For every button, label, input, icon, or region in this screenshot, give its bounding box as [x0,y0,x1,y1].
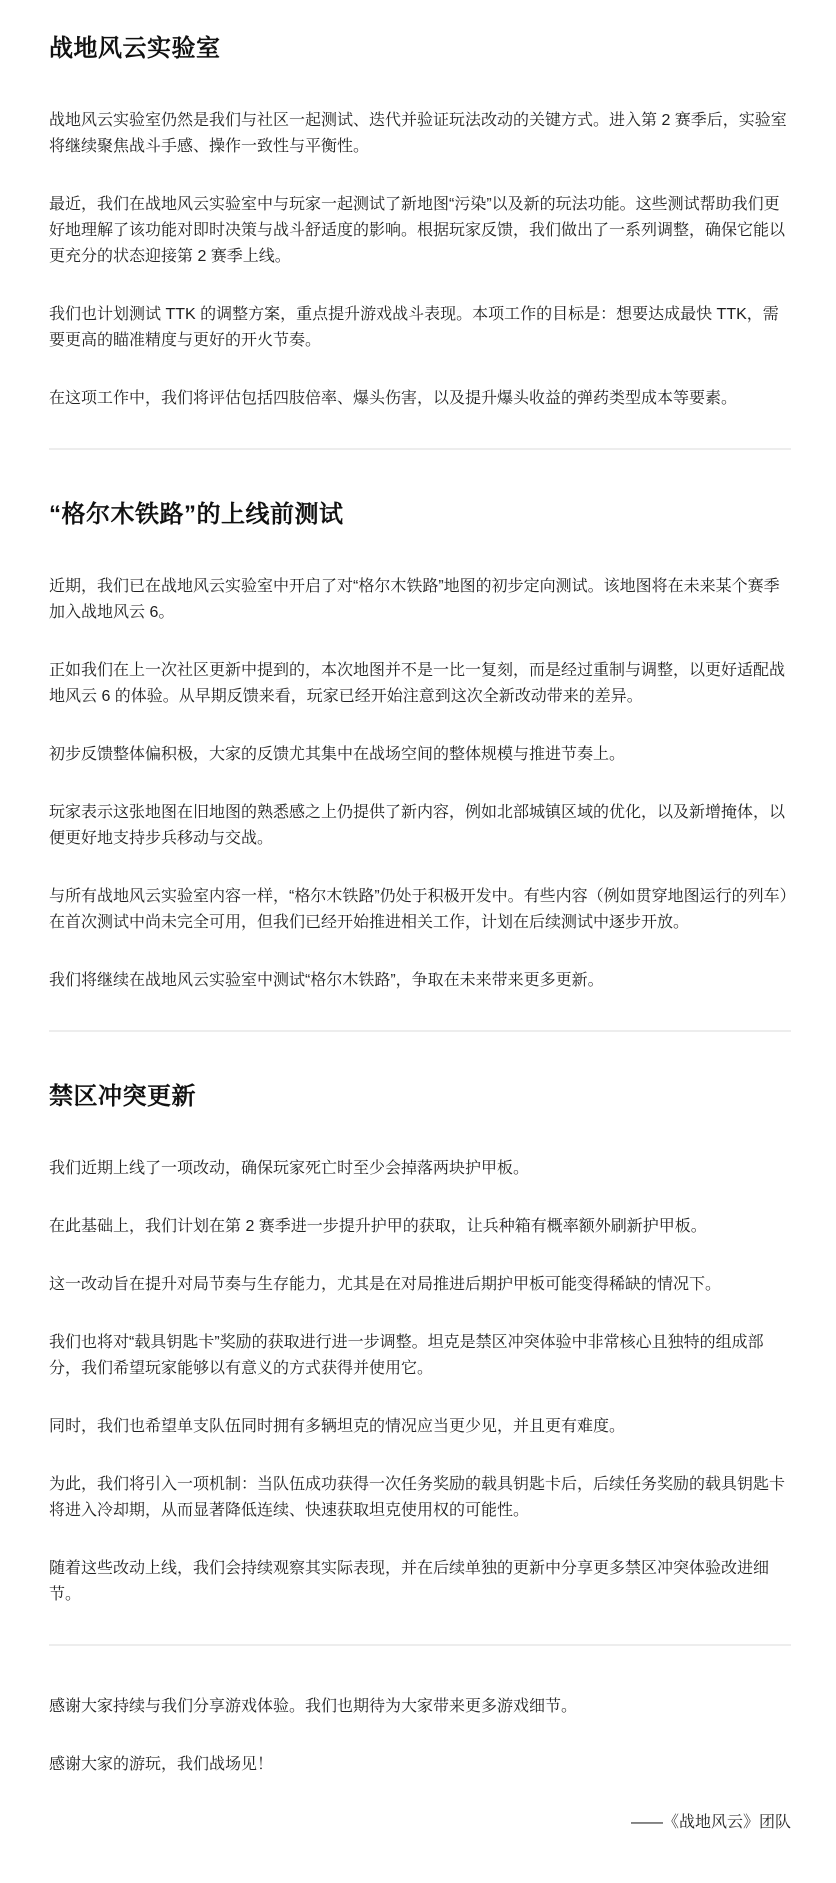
body-paragraph: 在这项工作中，我们将评估包括四肢倍率、爆头伤害，以及提升爆头收益的弹药类型成本等… [49,386,791,412]
body-paragraph: 初步反馈整体偏积极，大家的反馈尤其集中在战场空间的整体规模与推进节奏上。 [49,742,791,768]
body-paragraph: 这一改动旨在提升对局节奏与生存能力，尤其是在对局推进后期护甲板可能变得稀缺的情况… [49,1272,791,1298]
body-paragraph: 正如我们在上一次社区更新中提到的，本次地图并不是一比一复刻，而是经过重制与调整，… [49,658,791,710]
section-divider [49,1644,791,1646]
section-heading: 禁区冲突更新 [49,1080,791,1114]
body-paragraph: 战地风云实验室仍然是我们与社区一起测试、迭代并验证玩法改动的关键方式。进入第 2… [49,108,791,160]
section-closing: 感谢大家持续与我们分享游戏体验。我们也期待为大家带来更多游戏细节。 感谢大家的游… [49,1694,791,1836]
body-paragraph: 为此，我们将引入一项机制：当队伍成功获得一次任务奖励的载具钥匙卡后，后续任务奖励… [49,1472,791,1524]
section-battlefield-labs: 战地风云实验室 战地风云实验室仍然是我们与社区一起测试、迭代并验证玩法改动的关键… [49,32,791,412]
section-divider [49,448,791,450]
body-paragraph: 最近，我们在战地风云实验室中与玩家一起测试了新地图“污染”以及新的玩法功能。这些… [49,192,791,270]
section-heading: “格尔木铁路”的上线前测试 [49,498,791,532]
body-paragraph: 我们也将对“载具钥匙卡”奖励的获取进行进一步调整。坦克是禁区冲突体验中非常核心且… [49,1330,791,1382]
section-exclusion-zone-update: 禁区冲突更新 我们近期上线了一项改动，确保玩家死亡时至少会掉落两块护甲板。 在此… [49,1080,791,1608]
team-signature: ——《战地风云》团队 [49,1810,791,1836]
body-paragraph: 玩家表示这张地图在旧地图的熟悉感之上仍提供了新内容，例如北部城镇区域的优化，以及… [49,800,791,852]
body-paragraph: 我们将继续在战地风云实验室中测试“格尔木铁路”，争取在未来带来更多更新。 [49,968,791,994]
body-paragraph: 随着这些改动上线，我们会持续观察其实际表现，并在后续单独的更新中分享更多禁区冲突… [49,1556,791,1608]
body-paragraph: 感谢大家持续与我们分享游戏体验。我们也期待为大家带来更多游戏细节。 [49,1694,791,1720]
section-divider [49,1030,791,1032]
body-paragraph: 我们近期上线了一项改动，确保玩家死亡时至少会掉落两块护甲板。 [49,1156,791,1182]
body-paragraph: 我们也计划测试 TTK 的调整方案，重点提升游戏战斗表现。本项工作的目标是：想要… [49,302,791,354]
body-paragraph: 在此基础上，我们计划在第 2 赛季进一步提升护甲的获取，让兵种箱有概率额外刷新护… [49,1214,791,1240]
section-heading: 战地风云实验室 [49,32,791,66]
body-paragraph: 感谢大家的游玩，我们战场见！ [49,1752,791,1778]
body-paragraph: 同时，我们也希望单支队伍同时拥有多辆坦克的情况应当更少见，并且更有难度。 [49,1414,791,1440]
section-golmud-railway-test: “格尔木铁路”的上线前测试 近期，我们已在战地风云实验室中开启了对“格尔木铁路”… [49,498,791,994]
body-paragraph: 近期，我们已在战地风云实验室中开启了对“格尔木铁路”地图的初步定向测试。该地图将… [49,574,791,626]
body-paragraph: 与所有战地风云实验室内容一样，“格尔木铁路”仍处于积极开发中。有些内容（例如贯穿… [49,884,791,936]
community-update-article: 战地风云实验室 战地风云实验室仍然是我们与社区一起测试、迭代并验证玩法改动的关键… [0,0,836,1883]
